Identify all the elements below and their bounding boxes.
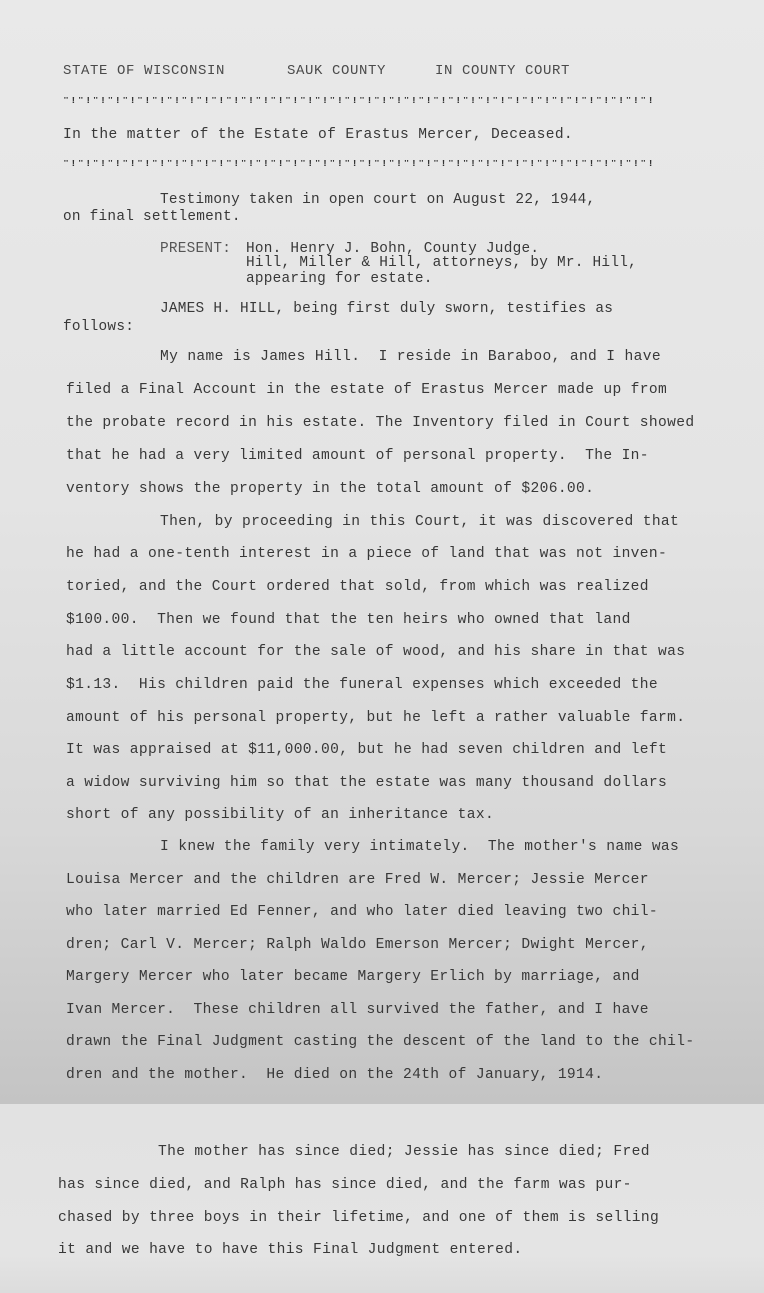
continuation-line: it and we have to have this Final Judgme… xyxy=(58,1243,523,1258)
testimony-line: Louisa Mercer and the children are Fred … xyxy=(66,873,649,888)
testimony-line: I knew the family very intimately. The m… xyxy=(160,840,679,855)
separator-line-top: "!"!"!"!"!"!"!"!"!"!"!"!"!"!"!"!"!"!"!"!… xyxy=(63,97,653,107)
intro-line-1: Testimony taken in open court on August … xyxy=(160,193,595,207)
header-state: STATE OF WISCONSIN xyxy=(63,64,225,78)
page-lower-section xyxy=(0,1104,764,1293)
present-appearing: appearing for estate. xyxy=(246,272,433,286)
testimony-line: the probate record in his estate. The In… xyxy=(66,416,694,431)
testimony-line: Ivan Mercer. These children all survived… xyxy=(66,1003,649,1018)
testimony-line: filed a Final Account in the estate of E… xyxy=(66,383,667,398)
present-label: PRESENT: xyxy=(160,242,231,256)
header-court: IN COUNTY COURT xyxy=(435,64,570,78)
testimony-line: $1.13. His children paid the funeral exp… xyxy=(66,678,658,693)
testimony-line: amount of his personal property, but he … xyxy=(66,711,685,726)
testimony-line: ventory shows the property in the total … xyxy=(66,482,594,497)
testimony-line: Then, by proceeding in this Court, it wa… xyxy=(160,515,679,530)
testimony-line: short of any possibility of an inheritan… xyxy=(66,808,494,823)
testimony-line: he had a one-tenth interest in a piece o… xyxy=(66,547,667,562)
header-county: SAUK COUNTY xyxy=(287,64,386,78)
present-attorneys: Hill, Miller & Hill, attorneys, by Mr. H… xyxy=(246,256,637,270)
intro-line-2: on final settlement. xyxy=(63,210,241,224)
testimony-line: had a little account for the sale of woo… xyxy=(66,645,685,660)
testimony-line: that he had a very limited amount of per… xyxy=(66,449,649,464)
testimony-line: a widow surviving him so that the estate… xyxy=(66,776,667,791)
testimony-line: dren; Carl V. Mercer; Ralph Waldo Emerso… xyxy=(66,938,649,953)
sworn-line-2: follows: xyxy=(63,320,134,334)
testimony-line: It was appraised at $11,000.00, but he h… xyxy=(66,743,667,758)
testimony-line: dren and the mother. He died on the 24th… xyxy=(66,1068,603,1083)
case-caption: In the matter of the Estate of Erastus M… xyxy=(63,128,573,143)
separator-line-bottom: "!"!"!"!"!"!"!"!"!"!"!"!"!"!"!"!"!"!"!"!… xyxy=(63,160,653,170)
continuation-line: chased by three boys in their lifetime, … xyxy=(58,1211,659,1226)
continuation-line: The mother has since died; Jessie has si… xyxy=(158,1145,650,1160)
sworn-line-1: JAMES H. HILL, being first duly sworn, t… xyxy=(160,302,613,316)
testimony-line: toried, and the Court ordered that sold,… xyxy=(66,580,649,595)
testimony-line: $100.00. Then we found that the ten heir… xyxy=(66,613,631,628)
testimony-line: My name is James Hill. I reside in Barab… xyxy=(160,350,661,365)
continuation-line: has since died, and Ralph has since died… xyxy=(58,1178,632,1193)
testimony-line: drawn the Final Judgment casting the des… xyxy=(66,1035,694,1050)
testimony-line: Margery Mercer who later became Margery … xyxy=(66,970,640,985)
testimony-line: who later married Ed Fenner, and who lat… xyxy=(66,905,658,920)
